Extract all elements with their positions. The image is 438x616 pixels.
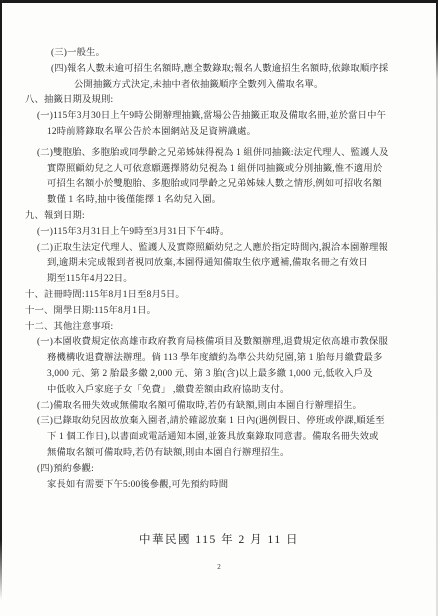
document-line: 十、註冊時間:115年8月1日至8月5日。 <box>0 288 432 304</box>
document-line: 八、抽籤日期及規則: <box>0 93 432 109</box>
document-page: (三)一般生。(四)報名人數未逾可招生名額時,應全數錄取;報名人數逾招生名額時,… <box>0 0 438 616</box>
document-line: 十一、開學日期:115年8月1日。 <box>0 304 432 320</box>
document-body: (三)一般生。(四)報名人數未逾可招生名額時,應全數錄取;報名人數逾招生名額時,… <box>0 46 432 493</box>
document-line: (二)備取名冊失效或無備取名額可備取時,若仍有缺額,則由本園自行辦理招生。 <box>0 399 432 415</box>
document-line: 下 1 個工作日),以書面或電話通知本園,並簽具放棄錄取同意書。備取名冊失效或 <box>0 430 432 446</box>
document-line: (一)115年3月31日上午9時至3月31日下午4時。 <box>0 225 432 241</box>
document-line: (四)預約參觀: <box>0 462 432 478</box>
document-line: (二)正取生法定代理人、監護人及實際照顧幼兒之人應於指定時間內,親洽本園辦理報 <box>0 241 432 257</box>
document-line: 可招生名額小於雙胞胎、多胞胎或同學齡之兄弟姊妹人數之情形,例如可招收名額 <box>0 177 432 193</box>
document-line: 實際照顧幼兒之人可依意願選擇將幼兒視為 1 組併同抽籤或分別抽籤,惟不適用於 <box>0 162 432 178</box>
document-line: (一)115年3月30日上午9時公開辦理抽籤,當場公告抽籤正取及備取名冊,並於當… <box>0 109 432 125</box>
document-line: 公開抽籤方式決定,未抽中者依抽籤順序全數列入備取名單。 <box>0 78 432 94</box>
page-number: 2 <box>0 563 438 571</box>
document-line: (三)一般生。 <box>0 46 432 62</box>
document-line: 中低收入戶家庭子女「免費」 ,繳費差額由政府協助支付。 <box>0 383 432 399</box>
document-line: (二)雙胞胎、多胞胎或同學齡之兄弟姊妹得視為 1 組併同抽籤:法定代理人、監護人… <box>0 146 432 162</box>
document-line: 無備取名額可備取時,若仍有缺額,則由本園自行辦理招生。 <box>0 446 432 462</box>
document-line: 十二、其他注意事項: <box>0 320 432 336</box>
document-line: 數僅 1 名時,抽中後僅能擇 1 名幼兒入園。 <box>0 193 432 209</box>
document-line: (四)報名人數未逾可招生名額時,應全數錄取;報名人數逾招生名額時,依錄取順序採 <box>0 62 432 78</box>
document-line: 期至115年4月22日。 <box>0 272 432 288</box>
scan-border-top-edge <box>0 0 438 3</box>
document-line: 到,逾期未完成報到者視同放棄,本園得通知備取生依序遞補,備取名冊之有效日 <box>0 256 432 272</box>
document-line: 12時前將錄取名單公告於本園網站及足資辨識處。 <box>0 125 432 141</box>
document-line: (三)已錄取幼兒因故放棄入園者,請於確認放棄 1 日內(遇例假日、停班或停課,順… <box>0 414 432 430</box>
document-line: 3,000 元、第 2 胎最多繳 2,000 元、第 3 胎(含)以上最多繳 1… <box>0 367 432 383</box>
document-line: (一)本園收費規定依高雄市政府教育局核備項目及數額辦理,退費規定依高雄市教保服 <box>0 335 432 351</box>
document-line: 務機構收退費辦法辦理。倘 113 學年度續約為準公共幼兒園,第 1 胎每月繳費最… <box>0 351 432 367</box>
document-date: 中華民國 115 年 2 月 11 日 <box>0 531 438 547</box>
document-line: 家長如有需要下午5:00後參觀,可先預約時間 <box>0 478 432 494</box>
document-line: 九、報到日期: <box>0 209 432 225</box>
